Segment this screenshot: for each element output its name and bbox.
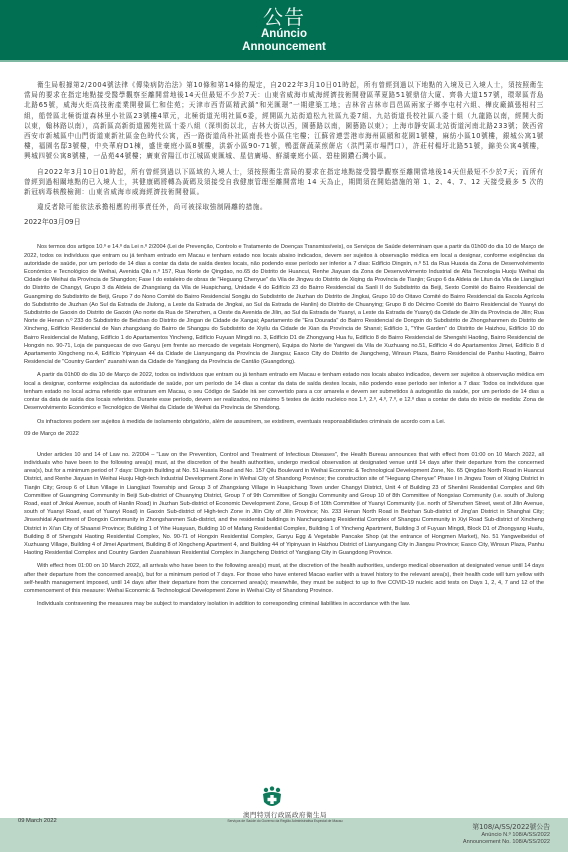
- chinese-paragraph-2: 自2022年3月10日01時起，所有曾經到過以下區域的入境人士，須按照衛生當局的…: [24, 167, 544, 198]
- portuguese-paragraph-2: A partir da 01h00 do dia 10 de Março de …: [24, 371, 544, 412]
- org-name-portuguese: Serviços de Saúde do Governo da Região A…: [180, 819, 390, 824]
- reference-chinese: 第108/A/SS/2022號公告: [463, 823, 550, 832]
- chinese-date: 2022年03月09日: [24, 217, 544, 227]
- title-english: Announcement: [0, 41, 568, 54]
- portuguese-paragraph-3: Os infractores podem ser sujeitos à medi…: [24, 418, 544, 426]
- org-name-chinese: 澳門特別行政區政府衛生局: [180, 810, 390, 819]
- english-paragraph-1: Under articles 10 and 14 of Law no. 2/20…: [24, 451, 544, 558]
- title-chinese: 公告: [0, 0, 568, 28]
- health-bureau-logo-icon: [261, 786, 283, 810]
- portuguese-date: 09 de Março de 2022: [24, 431, 544, 437]
- chinese-section: 衛生局根據第2/2004號法律《傳染病防治法》第10條和第14條的規定，自202…: [24, 80, 544, 227]
- reference-portuguese: Anúncio N.º 108/A/SS/2022: [463, 832, 550, 839]
- title-portuguese: Anúncio: [0, 28, 568, 41]
- english-paragraph-2: With effect from 01:00 on 10 March 2022,…: [24, 562, 544, 595]
- portuguese-paragraph-1: Nos termos dos artigos 10.º e 14.º da Le…: [24, 243, 544, 366]
- organization-name: 澳門特別行政區政府衛生局 Serviços de Saúde do Govern…: [180, 810, 390, 824]
- announcement-body: 衛生局根據第2/2004號法律《傳染病防治法》第10條和第14條的規定，自202…: [24, 80, 544, 613]
- portuguese-section: Nos termos dos artigos 10.º e 14.º da Le…: [24, 243, 544, 436]
- announcement-header: 公告 Anúncio Announcement: [0, 0, 568, 62]
- english-section: Under articles 10 and 14 of Law no. 2/20…: [24, 451, 544, 609]
- chinese-paragraph-1: 衛生局根據第2/2004號法律《傳染病防治法》第10條和第14條的規定，自202…: [24, 80, 544, 162]
- chinese-paragraph-3: 違反者除可能依法承擔相應的刑事責任外，尚可被採取強制隔離的措施。: [24, 202, 544, 212]
- english-paragraph-3: Individuals contravening the measures ma…: [24, 600, 544, 608]
- announcement-reference: 第108/A/SS/2022號公告 Anúncio N.º 108/A/SS/2…: [463, 823, 550, 845]
- reference-english: Announcement No. 108/A/SS/2022: [463, 839, 550, 846]
- english-date: 09 March 2022: [18, 818, 57, 824]
